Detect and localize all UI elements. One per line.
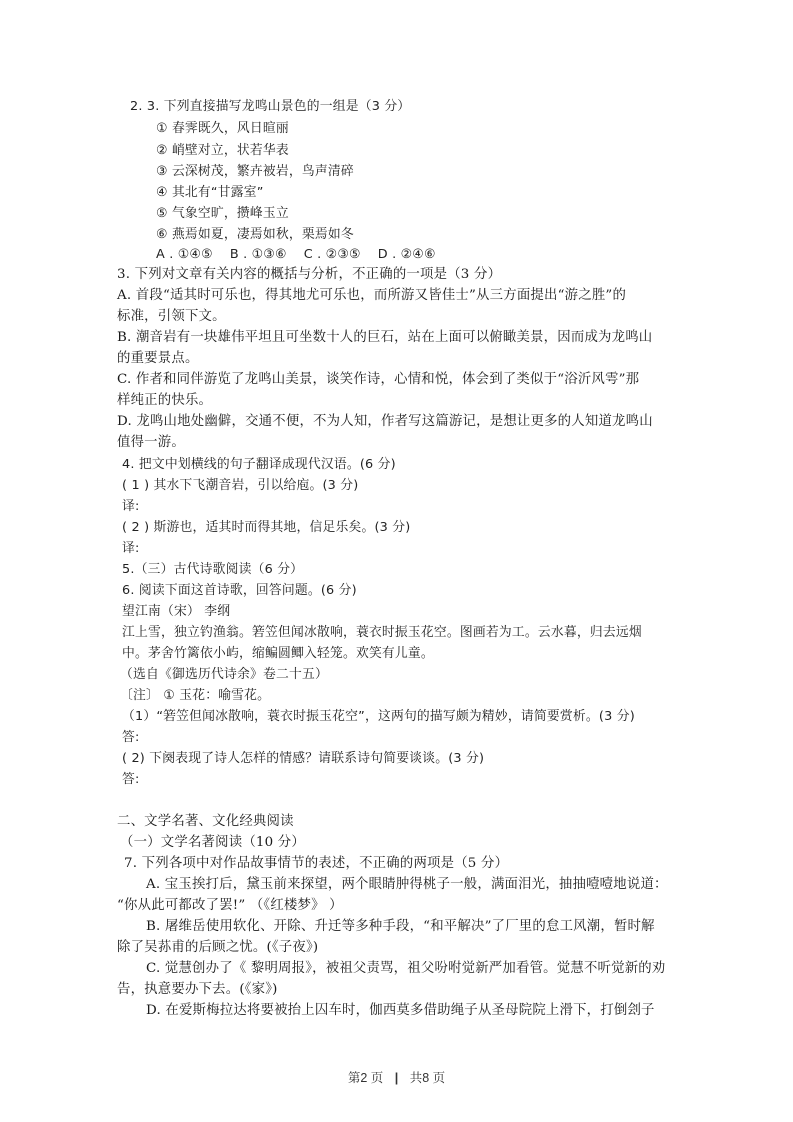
page-footer: 第2 页 | 共8 页 xyxy=(0,1068,793,1086)
q2-item-6: ⑥ 燕焉如夏，凄焉如秋，栗焉如冬 xyxy=(156,226,354,244)
page-separator: | xyxy=(395,1071,399,1085)
q4-answer-label-1: 译: xyxy=(122,498,140,516)
q2-item-5: ⑤ 气象空旷，攒峰玉立 xyxy=(156,205,289,223)
q3-line: A. 首段“适其时可乐也，得其地尤可乐也，而所游又皆佳士”从三方面提出“游之胜”… xyxy=(117,287,626,305)
q7-option-c-cont: 告，执意要办下去。(《家》) xyxy=(117,981,278,999)
q6-answer-label-2: 答: xyxy=(122,771,140,789)
q3-line: B. 潮音岩有一块雄伟平坦且可坐数十人的巨石，站在上面可以俯瞰美景，因而成为龙鸣… xyxy=(117,329,652,347)
q4-answer-label-2: 译: xyxy=(122,540,140,558)
q3-line: D. 龙鸣山地处幽僻，交通不便，不为人知，作者写这篇游记，是想让更多的人知道龙鸣… xyxy=(117,413,653,431)
q7-option-a: A. 宝玉挨打后，黛玉前来探望，两个眼睛肿得桃子一般，满面泪光，抽抽噎噎地说道： xyxy=(146,876,668,894)
q2-item-1: ① 春霁既久，风日暄丽 xyxy=(156,120,289,138)
question-7-stem: 7. 下列各项中对作品故事情节的表述，不正确的两项是（5 分） xyxy=(124,855,508,873)
q3-line: 标准，引领下文。 xyxy=(117,308,226,326)
q2-options: A . ①④⑤ B . ①③⑥ C . ②③⑤ D . ②④⑥ xyxy=(156,246,436,264)
question-2-stem: 2. 3. 下列直接描写龙鸣山景色的一组是（3 分） xyxy=(130,98,410,116)
q7-option-c: C. 觉慧创办了《 黎明周报》，被祖父责骂，祖父吩咐觉新严加看管。觉慧不听觉新的… xyxy=(146,960,666,978)
q7-option-b: B. 屠维岳使用软化、开除、升迁等多种手段，“和平解决”了厂里的怠工风潮，暂时解 xyxy=(146,918,655,936)
q7-option-d: D. 在爱斯梅拉达将要被抬上囚车时，伽西莫多借助绳子从圣母院院上滑下，打倒刽子 xyxy=(146,1002,655,1020)
question-5-stem: 5.（三）古代诗歌阅读（6 分） xyxy=(122,561,303,579)
q2-item-2: ② 峭壁对立，状若华表 xyxy=(156,142,289,160)
section-2-subtitle: （一）文学名著阅读（10 分） xyxy=(120,834,305,852)
q3-line: C. 作者和同伴游览了龙鸣山美景，谈笑作诗，心情和悦，体会到了类似于“浴沂风雩”… xyxy=(117,371,639,389)
q3-line: 值得一游。 xyxy=(117,434,185,452)
question-4-stem: 4. 把文中划横线的句子翻译成现代汉语。(6 分) xyxy=(122,456,396,474)
page-current: 第2 页 xyxy=(348,1071,383,1085)
q3-line: 的重要景点。 xyxy=(117,350,199,368)
question-6-stem: 6. 阅读下面这首诗歌，回答问题。(6 分) xyxy=(122,582,357,600)
page-total: 共8 页 xyxy=(410,1071,445,1085)
poem-line-2: 中。茅舍竹篱依小屿，缩鳊圆鲫入轻笼。欢笑有儿童。 xyxy=(122,645,434,663)
q2-item-4: ④ 其北有“甘露室” xyxy=(156,184,264,202)
q3-line: 样纯正的快乐。 xyxy=(117,392,212,410)
q2-item-3: ③ 云深树茂，繁卉被岩，鸟声清碎 xyxy=(156,163,354,181)
q6-sub-2: ( 2) 下阕表现了诗人怎样的情感？请联系诗句简要谈谈。(3 分) xyxy=(122,750,484,768)
question-3-stem: 3. 下列对文章有关内容的概括与分析，不正确的一项是（3 分） xyxy=(117,266,501,284)
q4-sub-1: ( 1 ) 其水下飞潮音岩，引以给庖。(3 分) xyxy=(122,477,358,495)
poem-note: 〔注〕 ① 玉花：喻雪花。 xyxy=(120,687,270,705)
poem-source: （选自《御选历代诗余》卷二十五） xyxy=(120,666,328,684)
q6-answer-label-1: 答: xyxy=(122,729,140,747)
q4-sub-2: ( 2 ) 斯游也，适其时而得其地，信足乐矣。(3 分) xyxy=(122,519,410,537)
poem-title: 望江南（宋） 李纲 xyxy=(122,603,230,621)
q7-option-b-cont: 除了吴荪甫的后顾之忧。(《子夜》) xyxy=(117,939,318,957)
poem-line-1: 江上雪，独立钓渔翁。箬笠但闻冰散响，蓑衣时振玉花空。图画若为工。云水暮，归去远烟 xyxy=(122,624,642,642)
q7-option-a-cont: “你从此可都改了罢!” （《红楼梦》 ） xyxy=(117,897,343,915)
q6-sub-1: （1）“箬笠但闻冰散响，蓑衣时振玉花空”，这两句的描写颇为精妙，请简要赏析。(3… xyxy=(122,708,635,726)
section-2-title: 二、文学名著、文化经典阅读 xyxy=(117,813,294,831)
